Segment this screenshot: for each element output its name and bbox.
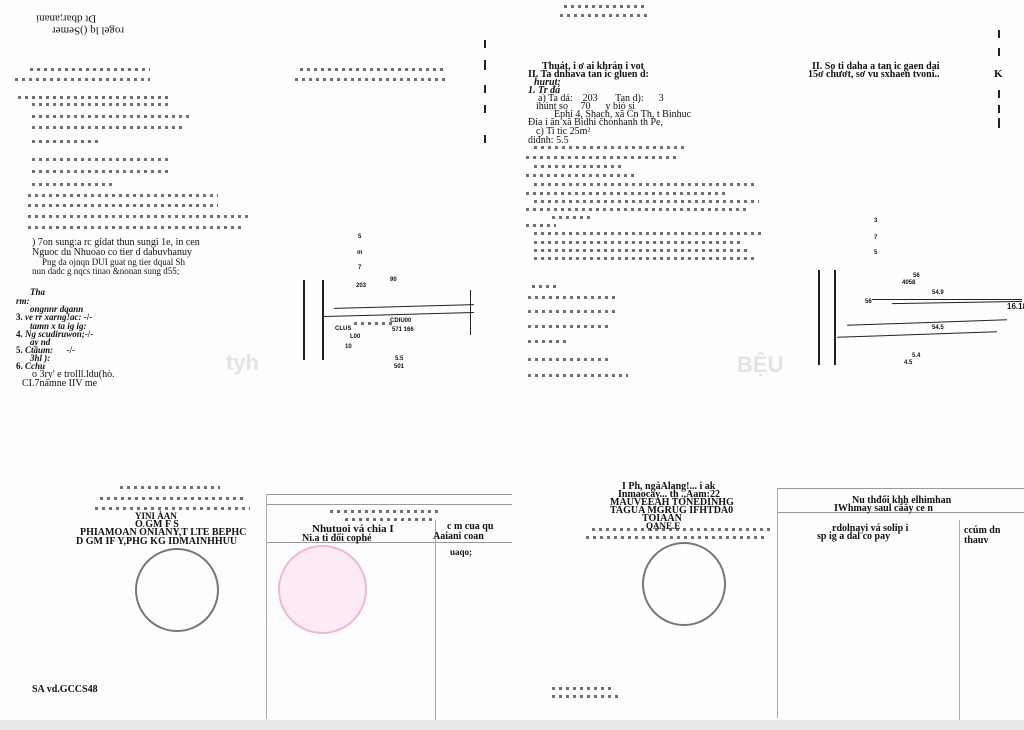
- watermark: BỆU: [737, 352, 783, 378]
- official-seal: [642, 542, 726, 626]
- table-header: sp ig a dal co pay: [817, 532, 890, 543]
- item-number: 4.: [16, 329, 23, 339]
- field-value: 5.5: [556, 135, 569, 146]
- plot-label: 4.5: [904, 360, 912, 366]
- table-header: IWhmay saul cấây ce n: [834, 504, 933, 515]
- table-header: uaqo;: [450, 548, 472, 557]
- field-value: 25m²: [570, 126, 591, 137]
- field-label: diđnh:: [528, 135, 554, 146]
- field-label: Tha: [30, 288, 45, 297]
- list-item: nun dadc g nqcs tinao &nonan sung d55;: [32, 267, 179, 276]
- registry-number: SA vd.GCCS48: [32, 685, 98, 696]
- mirrored-header-line: rogel lq ()Semer: [52, 24, 124, 36]
- field-value: -/-: [67, 345, 76, 355]
- plot-label: 54.9: [932, 290, 944, 296]
- plot-label: 5.4: [912, 353, 920, 359]
- table-header: Aaiani coan: [433, 532, 484, 543]
- field-value: -/-: [85, 329, 94, 339]
- right-heading: 15ơ chươt, sơ vu sxhaen tvoni..: [808, 70, 940, 81]
- scan-bottom-edge: [0, 720, 1024, 730]
- mirrored-header-line: Dt dbar;anani: [36, 12, 96, 24]
- left-page: Dt dbar;anani rogel lq ()Semer ) 7on sun…: [0, 0, 512, 730]
- field-label: rm:: [16, 297, 30, 306]
- red-stamp: [278, 545, 367, 634]
- official-seal: [135, 548, 219, 632]
- plot-label: 54.5: [932, 325, 944, 331]
- item-number: 3.: [16, 312, 23, 322]
- table-header: thauv: [964, 536, 988, 547]
- item-number: 5.: [16, 345, 23, 355]
- table-header: Ni.a ti đổi cophé: [302, 534, 371, 545]
- footer-line: CI.7námne IIV me: [22, 379, 97, 390]
- plot-label: 16.187: [1007, 302, 1024, 311]
- signature-title: D GM IF Y,PHG KG IDMAINHHUU: [76, 537, 237, 548]
- right-page: Thuát, i ơ ai khrán i vot II. Ta dnhava …: [512, 0, 1024, 730]
- side-mark: K: [994, 68, 1003, 80]
- watermark: tyh: [226, 350, 259, 376]
- field-value: 3: [659, 93, 664, 104]
- item-number: 6.: [16, 361, 23, 371]
